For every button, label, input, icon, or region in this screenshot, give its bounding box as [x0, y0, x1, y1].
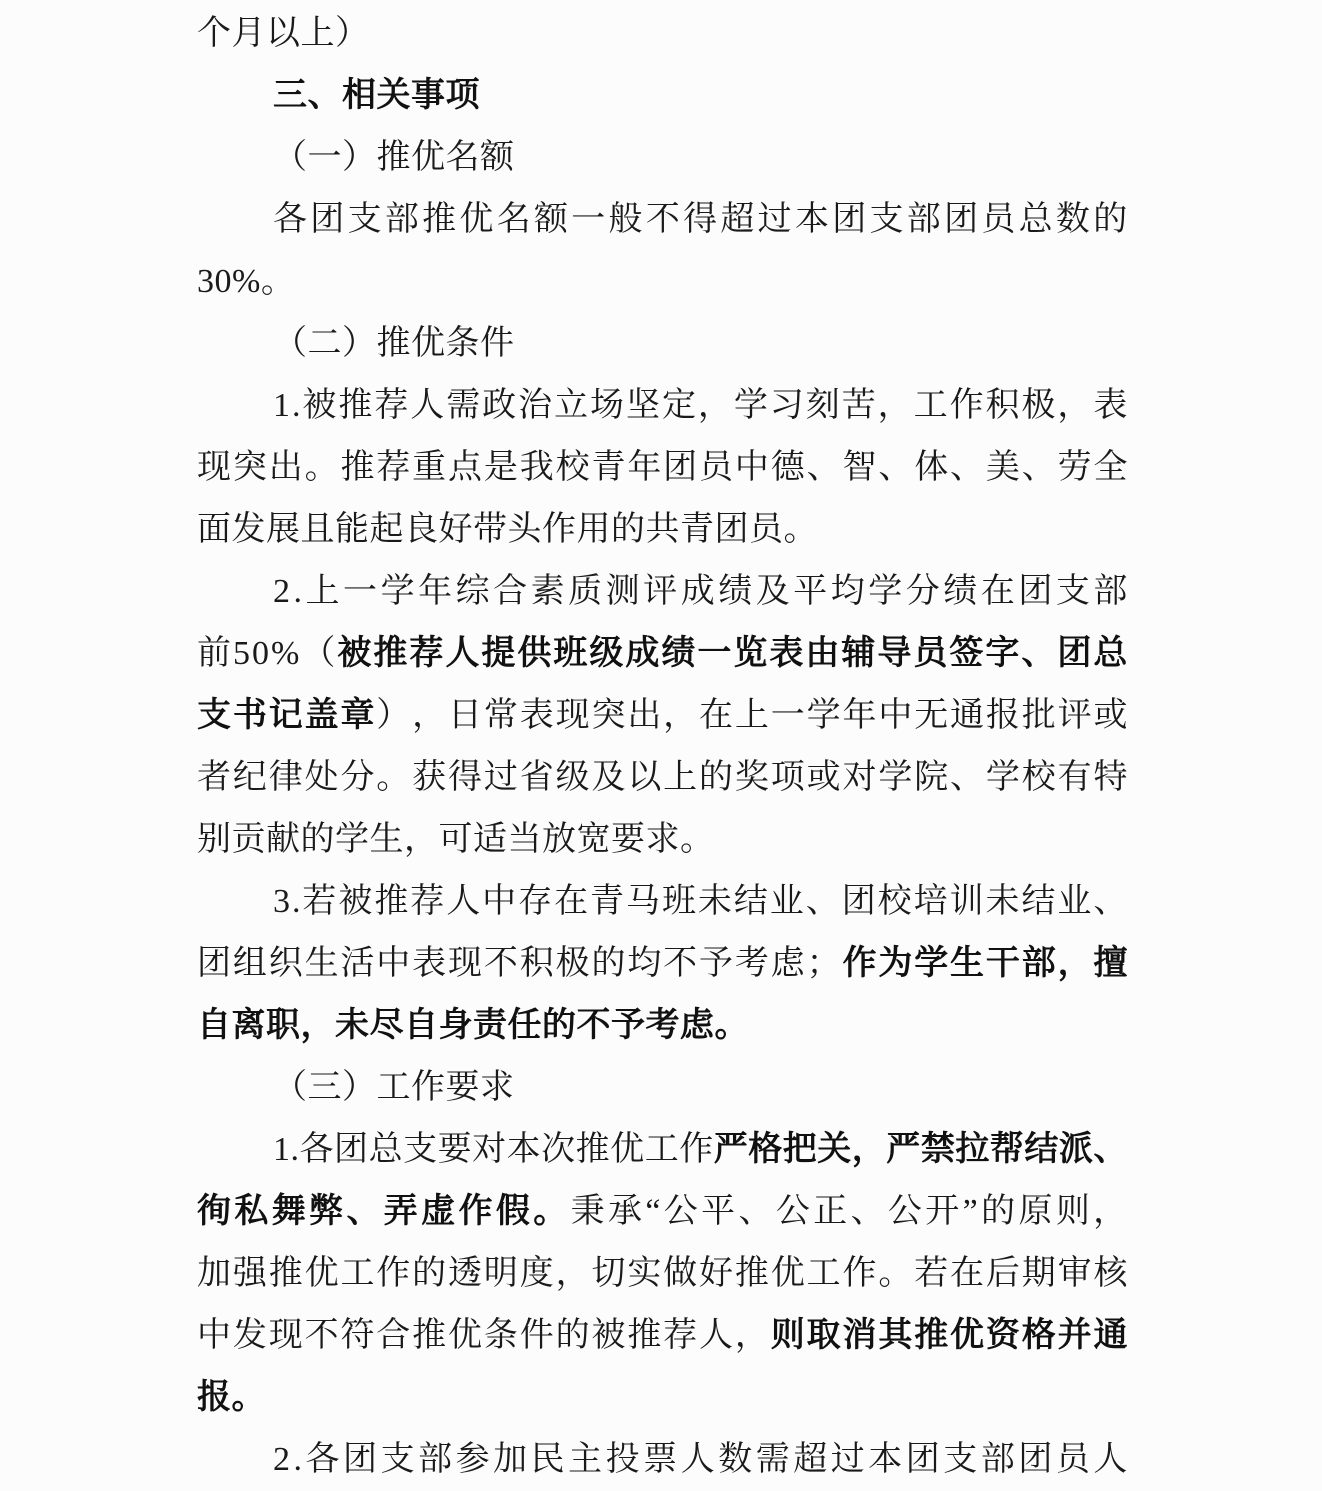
- text-glyph: ，: [412, 685, 447, 747]
- text-glyph: 团: [197, 933, 232, 995]
- bold-text-glyph: ，: [852, 1119, 887, 1181]
- paragraph-continuation-line: 中发现不符合推优条件的被推荐人，则取消其推优资格并通: [197, 1305, 1128, 1367]
- text-glyph: 加: [197, 1243, 232, 1305]
- bold-text-glyph: 作: [842, 933, 877, 995]
- text-glyph: 上: [735, 685, 770, 747]
- text-glyph: 作: [950, 375, 985, 437]
- text-glyph: 报: [986, 685, 1021, 747]
- text-glyph: 、: [738, 1181, 773, 1243]
- text-glyph: 活: [340, 933, 375, 995]
- text-glyph: 、: [807, 437, 842, 499]
- text-glyph: 则: [1056, 1181, 1091, 1243]
- text-glyph: 律: [269, 747, 304, 809]
- text-glyph: 员: [699, 437, 734, 499]
- text-glyph: 0: [252, 623, 270, 685]
- text-glyph: 团: [906, 1429, 941, 1491]
- text-segment: 个月以上）: [197, 15, 370, 52]
- text-glyph: 部: [1093, 561, 1128, 623]
- text-glyph: 人: [410, 375, 445, 437]
- text-glyph: 学: [986, 747, 1021, 809]
- text-glyph: 的: [1093, 189, 1128, 251]
- bold-text-glyph: 作: [459, 1181, 494, 1243]
- paragraph-continuation-line: 现突出。推荐重点是我校青年团员中德、智、体、美、劳全: [197, 437, 1128, 499]
- text-segment: 30%。: [197, 263, 295, 300]
- text-glyph: 的: [981, 1181, 1016, 1243]
- bold-text-glyph: 推: [373, 623, 408, 685]
- text-glyph: 业: [770, 871, 805, 933]
- text-glyph: 场: [590, 375, 625, 437]
- paragraph-continuation-line: 别贡献的学生，可适当放宽要求。: [197, 809, 1128, 871]
- text-glyph: 不: [663, 933, 698, 995]
- text-glyph: 过: [831, 1429, 866, 1491]
- text-glyph: 推: [735, 1243, 770, 1305]
- bold-text-glyph: 。: [533, 1181, 568, 1243]
- text-glyph: 公: [664, 1181, 699, 1243]
- text-glyph: 表: [412, 933, 447, 995]
- text-glyph: 的: [699, 747, 734, 809]
- text-glyph: 5: [233, 623, 251, 685]
- text-glyph: 名: [497, 189, 532, 251]
- text-glyph: 支: [348, 189, 383, 251]
- text-glyph: 习: [770, 375, 805, 437]
- text-glyph: 对: [842, 747, 877, 809]
- text-glyph: 一: [771, 685, 806, 747]
- subsection-heading-line: （一）推优名额: [197, 127, 1128, 189]
- text-glyph: 优: [448, 1305, 483, 1367]
- bold-text-glyph: 则: [771, 1305, 806, 1367]
- text-glyph: 2: [273, 561, 291, 623]
- section-heading-line: 三、相关事项: [197, 65, 1128, 127]
- text-glyph: 中: [482, 871, 517, 933]
- bold-text-glyph: 弊: [309, 1181, 344, 1243]
- paragraph-start-line: 1.各团总支要对本次推优工作严格把关，严禁拉帮结派、: [273, 1119, 1128, 1181]
- text-glyph: 绩: [943, 561, 978, 623]
- text-glyph: 。: [878, 1243, 913, 1305]
- bold-text-glyph: 被: [337, 623, 372, 685]
- bold-text-glyph: 派: [1059, 1119, 1094, 1181]
- text-segment: 别贡献的学生，可适当放宽要求。: [197, 821, 715, 858]
- text-glyph: 特: [1093, 747, 1128, 809]
- bold-text-glyph: 由: [805, 623, 840, 685]
- text-glyph: 好: [699, 1243, 734, 1305]
- text-glyph: 1: [273, 375, 291, 437]
- text-glyph: 中: [376, 933, 411, 995]
- text-glyph: 被: [302, 375, 337, 437]
- text-glyph: 校: [556, 437, 591, 499]
- text-glyph: 现: [269, 1305, 304, 1367]
- text-glyph: 本: [868, 1429, 903, 1491]
- text-glyph: 被: [338, 871, 373, 933]
- text-glyph: 的: [412, 1243, 447, 1305]
- text-glyph: 般: [609, 189, 644, 251]
- bold-text-glyph: 假: [496, 1181, 531, 1243]
- bold-text-glyph: 消: [842, 1305, 877, 1367]
- text-glyph: 通: [950, 685, 985, 747]
- text-glyph: 作: [842, 1243, 877, 1305]
- text-glyph: 数: [718, 1429, 753, 1491]
- text-glyph: 人: [699, 1305, 734, 1367]
- text-glyph: 团: [310, 189, 345, 251]
- text-glyph: 团: [663, 437, 698, 499]
- text-glyph: 全: [1093, 437, 1128, 499]
- text-glyph: 校: [878, 871, 913, 933]
- text-glyph: 评: [1058, 685, 1093, 747]
- text-glyph: 团: [944, 189, 979, 251]
- text-glyph: 推: [338, 375, 373, 437]
- text-glyph: 日: [448, 685, 483, 747]
- text-glyph: 团: [1018, 1429, 1053, 1491]
- text-glyph: .: [294, 1429, 303, 1491]
- paragraph-continuation-line: 加强推优工作的透明度，切实做好推优工作。若在后期审核: [197, 1243, 1128, 1305]
- text-glyph: 优: [459, 189, 494, 251]
- text-glyph: 批: [1022, 685, 1057, 747]
- text-glyph: 合: [493, 561, 528, 623]
- text-glyph: 常: [484, 685, 519, 747]
- text-glyph: ，: [1057, 375, 1092, 437]
- text-glyph: 、: [950, 747, 985, 809]
- text-glyph: 突: [591, 685, 626, 747]
- bold-text-segment: 三、相关事项: [273, 77, 480, 114]
- text-glyph: 实: [627, 1243, 662, 1305]
- text-glyph: 一: [343, 561, 378, 623]
- text-glyph: 在: [699, 685, 734, 747]
- text-glyph: 审: [1058, 1243, 1093, 1305]
- text-glyph: 上: [663, 747, 698, 809]
- text-glyph: 绩: [718, 561, 753, 623]
- bold-text-glyph: 、: [1093, 1119, 1128, 1181]
- text-glyph: 校: [1022, 747, 1057, 809]
- paragraph-continuation-line: 者纪律处分。获得过省级及以上的奖项或对学院、学校有特: [197, 747, 1128, 809]
- bold-text-glyph: 严: [886, 1119, 921, 1181]
- text-glyph: 学: [734, 375, 769, 437]
- text-glyph: 作: [376, 1243, 411, 1305]
- text-glyph: 得: [448, 747, 483, 809]
- text-glyph: 支: [1056, 561, 1091, 623]
- text-glyph: 工: [807, 1243, 842, 1305]
- paragraph-continuation-line: 30%。: [197, 251, 1128, 313]
- text-glyph: 治: [518, 375, 553, 437]
- text-glyph: 需: [446, 375, 481, 437]
- text-glyph: 对: [472, 1119, 507, 1181]
- text-glyph: 劳: [1058, 437, 1093, 499]
- text-glyph: 省: [520, 747, 555, 809]
- text-glyph: 是: [484, 437, 519, 499]
- text-glyph: 现: [448, 933, 483, 995]
- text-glyph: 结: [734, 871, 769, 933]
- text-glyph: 公: [888, 1181, 923, 1243]
- text-glyph: 团: [832, 189, 867, 251]
- bold-text-glyph: 荐: [409, 623, 444, 685]
- text-glyph: 员: [981, 189, 1016, 251]
- bold-text-glyph: 班: [553, 623, 588, 685]
- text-glyph: 荐: [376, 437, 411, 499]
- bold-text-glyph: 禁: [921, 1119, 956, 1181]
- document-body: 个月以上）三、相关事项（一）推优名额各团支部推优名额一般不得超过本团支部团员总数…: [197, 3, 1128, 1491]
- text-glyph: 工: [340, 1243, 375, 1305]
- paragraph-start-line: 3.若被推荐人中存在青马班未结业、团校培训未结业、: [273, 871, 1128, 933]
- text-glyph: ，: [1093, 1181, 1128, 1243]
- text-glyph: 项: [771, 747, 806, 809]
- text-glyph: 秉: [571, 1181, 606, 1243]
- text-glyph: 定: [662, 375, 697, 437]
- text-glyph: 荐: [374, 375, 409, 437]
- text-glyph: 评: [643, 561, 678, 623]
- text-glyph: 学: [381, 561, 416, 623]
- bold-text-glyph: 虚: [421, 1181, 456, 1243]
- text-glyph: 中: [197, 1305, 232, 1367]
- text-glyph: 条: [484, 1305, 519, 1367]
- bold-text-glyph: 记: [269, 685, 304, 747]
- text-glyph: 班: [662, 871, 697, 933]
- bold-text-glyph: 供: [517, 623, 552, 685]
- bold-text-glyph: 格: [1022, 1305, 1057, 1367]
- subsection-heading-line: （三）工作要求: [197, 1057, 1128, 1119]
- text-glyph: 我: [520, 437, 555, 499]
- text-glyph: 不: [646, 189, 681, 251]
- bold-text-glyph: 私: [234, 1181, 269, 1243]
- bold-text-glyph: 辅: [841, 623, 876, 685]
- text-glyph: 及: [756, 561, 791, 623]
- text-glyph: .: [292, 375, 301, 437]
- text-glyph: 推: [422, 189, 457, 251]
- text-glyph: 参: [456, 1429, 491, 1491]
- text-glyph: 过: [484, 747, 519, 809]
- paragraph-continuation-line: 前50%（被推荐人提供班级成绩一览表由辅导员签字、团总: [197, 623, 1128, 685]
- text-glyph: 作: [679, 1119, 714, 1181]
- text-glyph: 推: [412, 1305, 447, 1367]
- text-glyph: 符: [340, 1305, 375, 1367]
- text-glyph: 织: [269, 933, 304, 995]
- text-glyph: 突: [233, 437, 268, 499]
- text-glyph: 未: [986, 871, 1021, 933]
- text-glyph: %: [271, 623, 300, 685]
- text-glyph: 获: [412, 747, 447, 809]
- text-glyph: 、: [806, 871, 841, 933]
- bold-text-glyph: 绩: [661, 623, 696, 685]
- bold-text-glyph: 帮: [990, 1119, 1025, 1181]
- bold-text-glyph: 把: [783, 1119, 818, 1181]
- text-glyph: 表: [520, 685, 555, 747]
- text-glyph: 超: [793, 1429, 828, 1491]
- text-glyph: 团: [1018, 561, 1053, 623]
- bold-text-glyph: 推: [914, 1305, 949, 1367]
- text-glyph: 出: [627, 685, 662, 747]
- text-glyph: 要: [438, 1119, 473, 1181]
- text-glyph: 业: [1057, 871, 1092, 933]
- text-glyph: 考: [735, 933, 770, 995]
- text-glyph: 工: [645, 1119, 680, 1181]
- text-glyph: 学: [878, 747, 913, 809]
- bold-text-glyph: 览: [733, 623, 768, 685]
- text-glyph: 结: [1021, 871, 1056, 933]
- text-glyph: 支: [403, 1119, 438, 1181]
- bold-text-glyph: 、: [1021, 623, 1056, 685]
- text-glyph: 极: [556, 933, 591, 995]
- text-glyph: 平: [701, 1181, 736, 1243]
- text-glyph: 中: [735, 437, 770, 499]
- text-glyph: 未: [698, 871, 733, 933]
- paragraph-start-line: 2.上一学年综合素质测评成绩及平均学分绩在团支部: [273, 561, 1128, 623]
- bold-text-glyph: 团: [1057, 623, 1092, 685]
- text-glyph: 年: [842, 685, 877, 747]
- bold-text-glyph: 盖: [305, 685, 340, 747]
- text-glyph: 员: [1056, 1429, 1091, 1491]
- text-glyph: 现: [556, 685, 591, 747]
- text-glyph: 合: [376, 1305, 411, 1367]
- text-glyph: 院: [914, 747, 949, 809]
- text-glyph: ，: [735, 1305, 770, 1367]
- text-glyph: .: [294, 561, 303, 623]
- bold-text-glyph: 导: [877, 623, 912, 685]
- text-glyph: 年: [418, 561, 453, 623]
- text-glyph: 予: [699, 933, 734, 995]
- text-glyph: 超: [720, 189, 755, 251]
- paragraph-continuation-line: 个月以上）: [197, 3, 1128, 65]
- text-glyph: 发: [233, 1305, 268, 1367]
- text-glyph: 、: [851, 1181, 886, 1243]
- text-glyph: 、: [950, 437, 985, 499]
- paragraph-start-line: 各团支部推优名额一般不得超过本团支部团员总数的: [273, 189, 1128, 251]
- text-glyph: 者: [197, 747, 232, 809]
- text-glyph: 政: [482, 375, 517, 437]
- text-glyph: 分: [906, 561, 941, 623]
- text-glyph: 。: [376, 747, 411, 809]
- text-glyph: 公: [776, 1181, 811, 1243]
- bold-text-glyph: 一: [697, 623, 732, 685]
- text-glyph: 部: [907, 189, 942, 251]
- text-glyph: 积: [986, 375, 1021, 437]
- bold-text-glyph: 严: [714, 1119, 749, 1181]
- text-glyph: 若: [302, 871, 337, 933]
- text-glyph: 智: [842, 437, 877, 499]
- text-glyph: 在: [950, 1243, 985, 1305]
- text-glyph: 推: [269, 1243, 304, 1305]
- bold-text-glyph: 部: [1022, 933, 1057, 995]
- text-glyph: 件: [520, 1305, 555, 1367]
- text-glyph: 。: [305, 437, 340, 499]
- text-glyph: 推: [576, 1119, 611, 1181]
- text-glyph: 组: [233, 933, 268, 995]
- bold-text-glyph: 成: [625, 623, 660, 685]
- text-glyph: 总: [369, 1119, 404, 1181]
- text-glyph: （: [301, 623, 336, 685]
- bold-text-glyph: 员: [913, 623, 948, 685]
- text-glyph: 开: [925, 1181, 960, 1243]
- text-glyph: 部: [385, 189, 420, 251]
- text-glyph: 各: [273, 189, 308, 251]
- bold-text-glyph: 徇: [197, 1181, 232, 1243]
- text-glyph: 有: [1058, 747, 1093, 809]
- bold-text-glyph: 取: [807, 1305, 842, 1367]
- text-glyph: 测: [606, 561, 641, 623]
- text-glyph: 工: [914, 375, 949, 437]
- bold-text-glyph: 资: [986, 1305, 1021, 1367]
- text-glyph: 存: [518, 871, 553, 933]
- text-glyph: 本: [795, 189, 830, 251]
- text-glyph: 极: [1021, 375, 1056, 437]
- bold-text-glyph: 关: [817, 1119, 852, 1181]
- text-glyph: 虑: [771, 933, 806, 995]
- text-glyph: 各: [300, 1119, 335, 1181]
- text-glyph: 一: [571, 189, 606, 251]
- text-glyph: 优: [610, 1119, 645, 1181]
- text-glyph: 纪: [233, 747, 268, 809]
- text-glyph: 民: [531, 1429, 566, 1491]
- text-glyph: ”: [963, 1181, 979, 1243]
- text-glyph: 本: [507, 1119, 542, 1181]
- text-glyph: 、: [878, 437, 913, 499]
- text-glyph: 优: [771, 1243, 806, 1305]
- bold-text-glyph: 章: [340, 685, 375, 747]
- text-glyph: 部: [981, 1429, 1016, 1491]
- bold-text-glyph: 舞: [272, 1181, 307, 1243]
- document-page: 个月以上）三、相关事项（一）推优名额各团支部推优名额一般不得超过本团支部团员总数…: [0, 0, 1322, 1491]
- text-glyph: 美: [986, 437, 1021, 499]
- text-glyph: 及: [591, 747, 626, 809]
- text-glyph: 马: [626, 871, 661, 933]
- text-glyph: .: [291, 1119, 300, 1181]
- text-glyph: 核: [1093, 1243, 1128, 1305]
- bold-text-glyph: 并: [1058, 1305, 1093, 1367]
- text-glyph: 团: [334, 1119, 369, 1181]
- text-glyph: 、: [1093, 871, 1128, 933]
- text-glyph: 投: [606, 1429, 641, 1491]
- text-glyph: 体: [914, 437, 949, 499]
- text-glyph: 学: [868, 561, 903, 623]
- paragraph-continuation-line: 支书记盖章），日常表现突出，在上一学年中无通报批评或: [197, 685, 1128, 747]
- bold-text-glyph: 通: [1093, 1305, 1128, 1367]
- text-glyph: 额: [534, 189, 569, 251]
- bold-text-glyph: 支: [197, 685, 232, 747]
- text-glyph: 过: [758, 189, 793, 251]
- text-segment: （三）工作要求: [273, 1069, 515, 1106]
- paragraph-continuation-line: 面发展且能起良好带头作用的共青团员。: [197, 499, 1128, 561]
- text-glyph: 透: [448, 1243, 483, 1305]
- text-glyph: 生: [305, 933, 340, 995]
- paragraph-continuation-line: 团组织生活中表现不积极的均不予考虑；作为学生干部，擅: [197, 933, 1128, 995]
- text-glyph: ，: [698, 375, 733, 437]
- bold-text-glyph: 弄: [384, 1181, 419, 1243]
- bold-text-segment: 报。: [197, 1379, 266, 1416]
- text-glyph: 支: [381, 1429, 416, 1491]
- bold-text-glyph: 优: [950, 1305, 985, 1367]
- text-glyph: 荐: [410, 871, 445, 933]
- text-glyph: 年: [627, 437, 662, 499]
- text-glyph: 明: [484, 1243, 519, 1305]
- text-segment: （一）推优名额: [273, 139, 515, 176]
- text-glyph: 支: [943, 1429, 978, 1491]
- bold-text-glyph: 拉: [955, 1119, 990, 1181]
- text-glyph: 推: [340, 437, 375, 499]
- text-glyph: 的: [591, 933, 626, 995]
- text-glyph: 2: [273, 1429, 291, 1491]
- bold-text-glyph: 格: [748, 1119, 783, 1181]
- text-glyph: ；: [807, 933, 842, 995]
- text-glyph: 度: [520, 1243, 555, 1305]
- text-glyph: 团: [343, 1429, 378, 1491]
- text-glyph: 人: [446, 871, 481, 933]
- text-glyph: 做: [663, 1243, 698, 1305]
- text-glyph: 优: [305, 1243, 340, 1305]
- text-glyph: ）: [376, 685, 411, 747]
- text-glyph: ，: [556, 1243, 591, 1305]
- text-glyph: 在: [981, 561, 1016, 623]
- text-segment: 面发展且能起良好带头作用的共青团员。: [197, 511, 818, 548]
- text-glyph: 荐: [663, 1305, 698, 1367]
- text-glyph: 上: [306, 561, 341, 623]
- text-glyph: 主: [568, 1429, 603, 1491]
- text-glyph: 次: [541, 1119, 576, 1181]
